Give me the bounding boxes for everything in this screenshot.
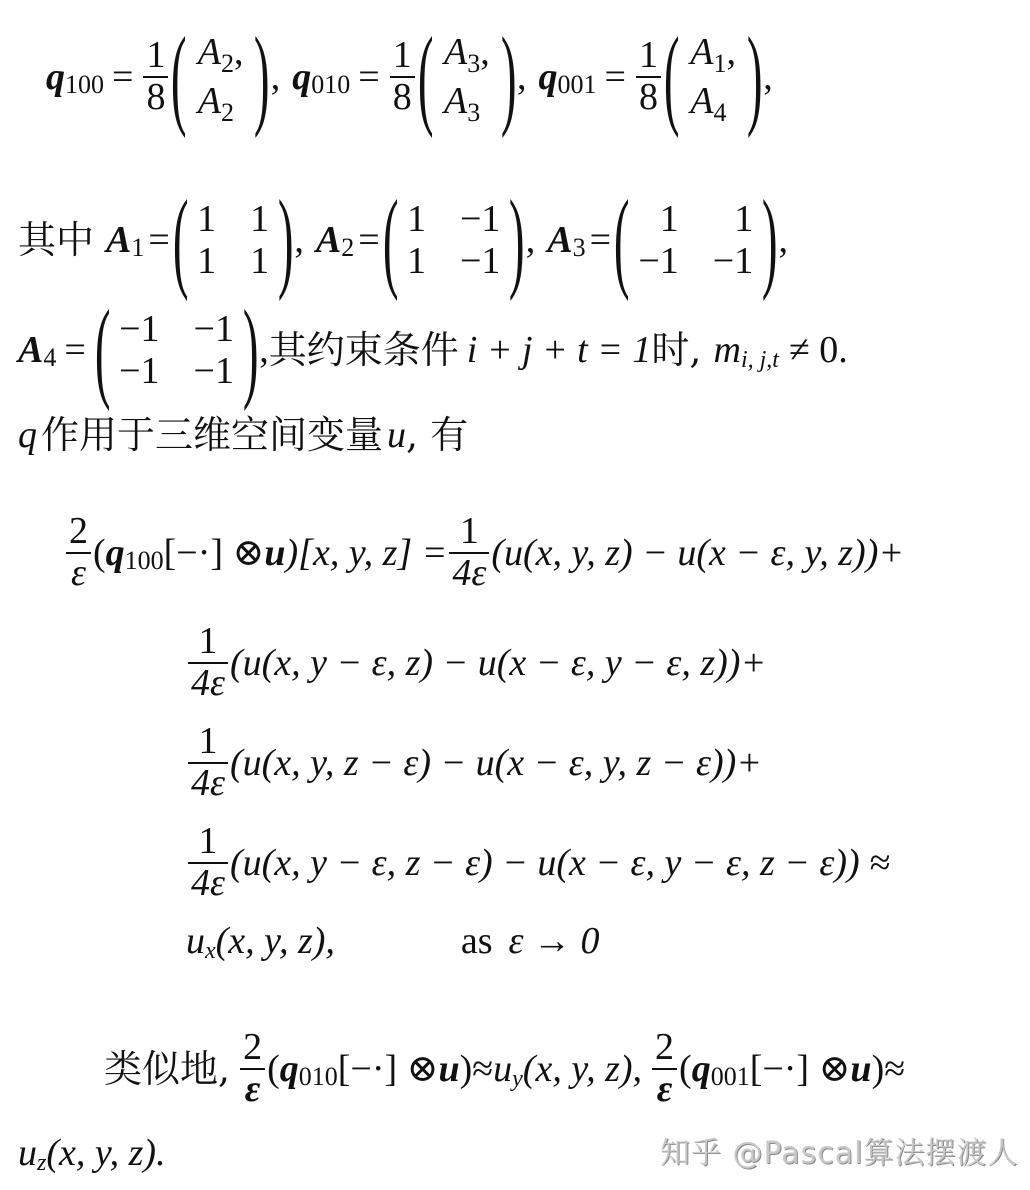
fraction: 14ε [449,512,489,594]
fraction: 18 [143,36,168,118]
fraction: 18 [390,36,415,118]
similarly-line: 类似地, 2ε (q010[−·] ⊗ u)≈uy(x, y, z), 2ε (… [104,1024,905,1114]
left-paren: ( [171,21,187,133]
vector-column: A3, A3 [444,28,490,127]
fraction: 14ε [188,722,228,804]
derivation-line-1: 2ε (q100[−·] ⊗ u)[x, y, z] = 14ε (u(x, y… [64,508,904,598]
matrix-a2: A2= ( 1−11−1 ), [316,184,535,296]
equals-sign: = [112,58,133,96]
fraction: 2ε [240,1028,265,1110]
q001-definition: q001 = 18 ( A1, A4 ), [539,21,773,133]
matrix-a1: A1= ( 1111 ), [106,184,304,296]
watermark: 知乎 @Pascal算法摆渡人 [660,1128,1019,1172]
matrix-grid: −1−1−1−1 [119,310,234,390]
vector-column: A2, A2 [198,28,244,127]
fraction: 14ε [188,622,228,704]
right-paren: ) [254,21,270,133]
derivation-line-4: 14ε (u(x, y − ε, z − ε) − u(x − ε, y − ε… [186,818,890,908]
matrix-a4: A4= ( −1−1−1−1 ), [18,294,269,406]
derivation-result-line: ux(x, y, z), as ε → 0 [186,918,600,964]
where-label: 其中 [18,221,94,259]
fraction: 2ε [66,512,91,594]
fraction: 2ε [652,1028,677,1110]
matrix-a4-constraint-line: A4= ( −1−1−1−1 ), 其约束条件 i + j + t = 1 时,… [18,300,848,400]
matrix-a3: A3= ( 11−1−1 ), [547,184,788,296]
right-paren: ) [747,21,763,133]
matrix-grid: 1111 [197,200,269,280]
left-paren: ( [664,21,680,133]
constraint-expression: i + j + t = 1 [467,331,652,369]
matrix-grid: 11−1−1 [638,200,753,280]
matrix-definitions-line: 其中 A1= ( 1111 ), A2= ( 1−11−1 ), A3= ( 1… [18,190,788,290]
derivation-line-2: 14ε (u(x, y − ε, z) − u(x − ε, y − ε, z)… [186,618,766,708]
q-definitions-line: q100 = 18 ( A2, A2 ), q010 = 18 ( A3, A3… [46,22,773,132]
left-paren: ( [418,21,434,133]
fraction: 14ε [188,822,228,904]
matrix-grid: 1−11−1 [407,200,500,280]
q-acts-line: q 作用于三维空间变量 u , 有 [18,412,468,458]
q100-definition: q100 = 18 ( A2, A2 ), [46,21,280,133]
uz-line: uz(x, y, z). [18,1130,166,1176]
q010-definition: q010 = 18 ( A3, A3 ), [292,21,526,133]
constraint-text: 其约束条件 [269,331,459,369]
vector-column: A1, A4 [690,28,736,127]
fraction: 18 [636,36,661,118]
right-paren: ) [501,21,517,133]
derivation-line-3: 14ε (u(x, y, z − ε) − u(x − ε, y, z − ε)… [186,718,762,808]
